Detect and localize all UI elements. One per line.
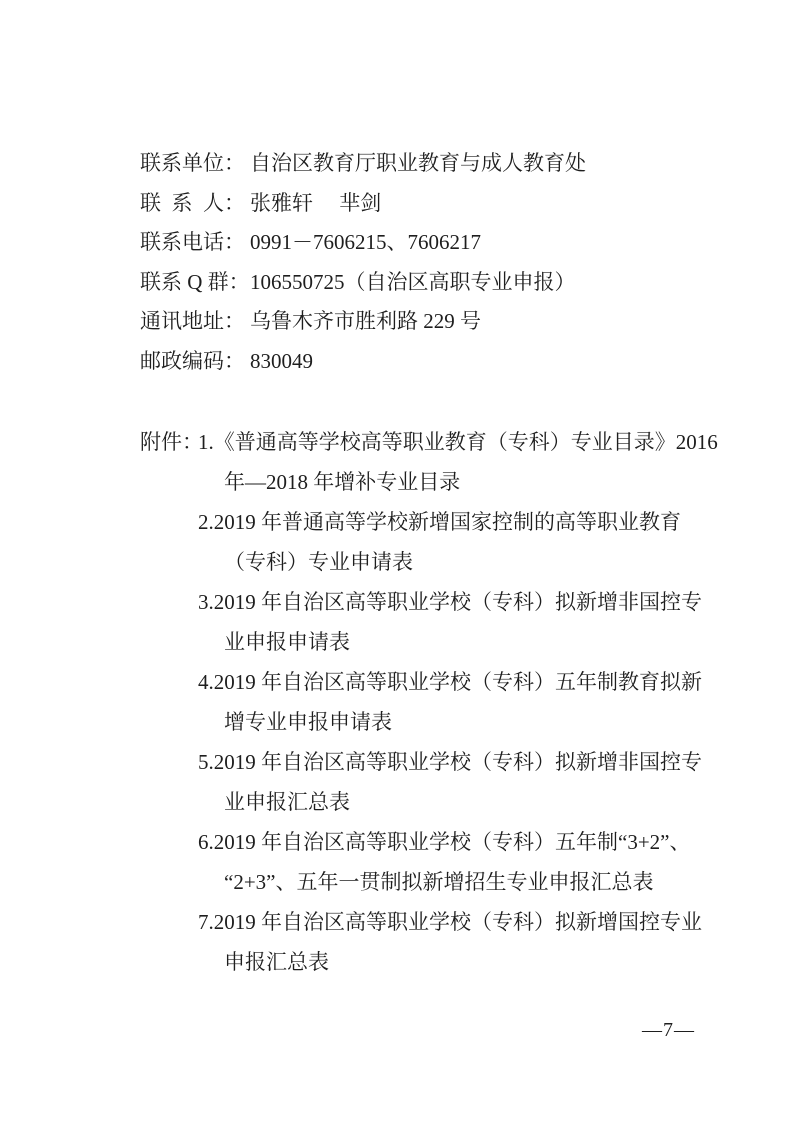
attachment-item-6: 6.2019 年自治区高等职业学校（专科）五年制“3+2”、 “2+3”、五年一…	[198, 822, 706, 902]
contact-value: 106550725（自治区高职专业申报）	[250, 263, 576, 303]
attachment-item-1: 1.《普通高等学校高等职业教育（专科）专业目录》2016 年—2018 年增补专…	[198, 422, 706, 502]
attachment-line: 业申报汇总表	[198, 782, 706, 822]
attachment-line: 4.2019 年自治区高等职业学校（专科）五年制教育拟新	[198, 662, 706, 702]
contact-row-unit: 联系单位： 自治区教育厅职业教育与成人教育处	[140, 144, 700, 184]
contact-label: 联系单位：	[140, 144, 250, 184]
attachment-line: （专科）专业申请表	[198, 542, 706, 582]
contact-value: 自治区教育厅职业教育与成人教育处	[250, 144, 586, 184]
attachment-line: 业申报申请表	[198, 622, 706, 662]
page-number: —7—	[642, 1014, 695, 1046]
attachments-label: 附件：	[140, 422, 198, 462]
contact-label: 通讯地址：	[140, 302, 250, 342]
attachment-item-3: 3.2019 年自治区高等职业学校（专科）拟新增非国控专 业申报申请表	[198, 582, 706, 662]
document-page: 联系单位： 自治区教育厅职业教育与成人教育处 联 系 人： 张雅轩 芈剑 联系电…	[0, 0, 793, 1122]
attachment-line: 7.2019 年自治区高等职业学校（专科）拟新增国控专业	[198, 902, 706, 942]
contact-value: 张雅轩 芈剑	[250, 184, 381, 224]
contact-label: 邮政编码：	[140, 342, 250, 382]
contact-value: 0991－7606215、7606217	[250, 223, 481, 263]
attachment-line: 申报汇总表	[198, 942, 706, 982]
attachment-line: 6.2019 年自治区高等职业学校（专科）五年制“3+2”、	[198, 822, 706, 862]
contact-value: 乌鲁木齐市胜利路 229 号	[250, 302, 481, 342]
contact-row-phone: 联系电话： 0991－7606215、7606217	[140, 223, 700, 263]
contact-label: 联系电话：	[140, 223, 250, 263]
contact-label: 联 系 人：	[140, 184, 250, 224]
attachments-list: 1.《普通高等学校高等职业教育（专科）专业目录》2016 年—2018 年增补专…	[198, 422, 706, 982]
contact-row-postcode: 邮政编码： 830049	[140, 342, 700, 382]
attachment-line: 5.2019 年自治区高等职业学校（专科）拟新增非国控专	[198, 742, 706, 782]
contact-row-address: 通讯地址： 乌鲁木齐市胜利路 229 号	[140, 302, 700, 342]
attachment-item-7: 7.2019 年自治区高等职业学校（专科）拟新增国控专业 申报汇总表	[198, 902, 706, 982]
attachment-line: 年—2018 年增补专业目录	[198, 462, 706, 502]
attachments-block: 附件： 1.《普通高等学校高等职业教育（专科）专业目录》2016 年—2018 …	[140, 422, 706, 982]
attachment-item-4: 4.2019 年自治区高等职业学校（专科）五年制教育拟新 增专业申报申请表	[198, 662, 706, 742]
contact-label: 联系 Q 群：	[140, 263, 250, 303]
contact-row-qq-group: 联系 Q 群： 106550725（自治区高职专业申报）	[140, 263, 700, 303]
attachment-line: “2+3”、五年一贯制拟新增招生专业申报汇总表	[198, 862, 706, 902]
contact-value: 830049	[250, 342, 313, 382]
attachment-line: 1.《普通高等学校高等职业教育（专科）专业目录》2016	[198, 422, 706, 462]
attachment-item-5: 5.2019 年自治区高等职业学校（专科）拟新增非国控专 业申报汇总表	[198, 742, 706, 822]
attachment-line: 2.2019 年普通高等学校新增国家控制的高等职业教育	[198, 502, 706, 542]
attachment-line: 增专业申报申请表	[198, 702, 706, 742]
attachment-item-2: 2.2019 年普通高等学校新增国家控制的高等职业教育 （专科）专业申请表	[198, 502, 706, 582]
contact-info-block: 联系单位： 自治区教育厅职业教育与成人教育处 联 系 人： 张雅轩 芈剑 联系电…	[140, 144, 700, 381]
contact-row-person: 联 系 人： 张雅轩 芈剑	[140, 184, 700, 224]
attachment-line: 3.2019 年自治区高等职业学校（专科）拟新增非国控专	[198, 582, 706, 622]
